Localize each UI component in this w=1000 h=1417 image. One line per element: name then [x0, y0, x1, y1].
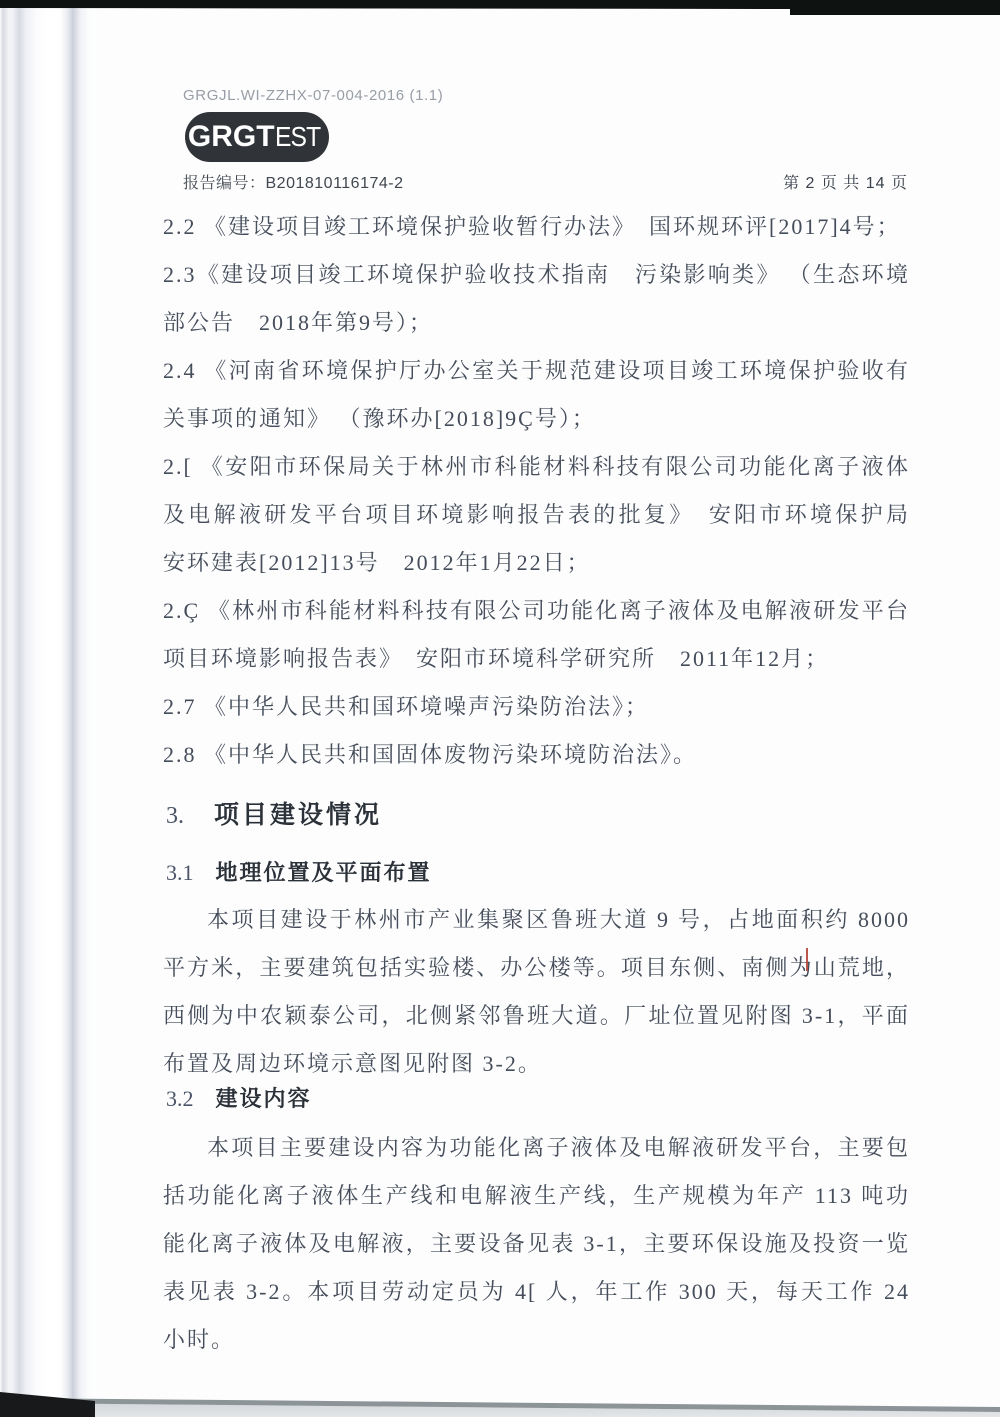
reference-item: 2.Ç 《林州市科能材料科技有限公司功能化离子液体及电解液研发平台项目环境影响报… — [163, 587, 910, 683]
page-indicator: 第 2 页 共 14 页 — [783, 170, 908, 193]
reference-item: 2.4 《河南省环境保护厅办公室关于规范建设项目竣工环境保护验收有关事项的通知》… — [163, 347, 910, 443]
subsection-heading: 3.2 建设内容 — [166, 1082, 910, 1113]
subsection-title: 地理位置及平面布置 — [216, 856, 432, 887]
paragraph-construction-content: 本项目主要建设内容为功能化离子液体及电解液研发平台，主要包括功能化离子液体生产线… — [163, 1124, 910, 1364]
scanned-document-page: GRGJL.WI-ZZHX-07-004-2016 (1.1) GRGTEST … — [0, 0, 1000, 1417]
paragraph-location-layout: 本项目建设于林州市产业集聚区鲁班大道 9 号，占地面积约 8000 平方米，主要… — [163, 896, 910, 1088]
reference-item: 2.2 《建设项目竣工环境保护验收暂行办法》 国环规环评[2017]4号； — [163, 203, 910, 251]
section-heading: 3. 项目建设情况 — [166, 795, 910, 831]
logo-text-bold: GRGT — [188, 120, 275, 154]
report-meta-row: 报告编号：B201810116174-2 第 2 页 共 14 页 — [183, 170, 908, 193]
logo-text-light: EST — [275, 121, 320, 153]
scan-bottom-edge — [0, 1388, 1000, 1417]
section-number: 3. — [166, 803, 184, 830]
report-number: 报告编号：B201810116174-2 — [183, 170, 404, 193]
red-pen-mark — [806, 948, 808, 971]
section-title: 项目建设情况 — [214, 795, 382, 831]
subsection-number: 3.1 — [166, 860, 194, 886]
subsection-number: 3.2 — [166, 1086, 194, 1112]
reference-list: 2.2 《建设项目竣工环境保护验收暂行办法》 国环规环评[2017]4号； 2.… — [163, 203, 910, 779]
document-code: GRGJL.WI-ZZHX-07-004-2016 (1.1) — [183, 87, 443, 104]
subsection-heading: 3.1 地理位置及平面布置 — [166, 856, 910, 887]
reference-item: 2.7 《中华人民共和国环境噪声污染防治法》； — [163, 683, 910, 731]
reference-item: 2.8 《中华人民共和国固体废物污染环境防治法》。 — [163, 731, 910, 779]
reference-item: 2.3《建设项目竣工环境保护验收技术指南 污染影响类》 （生态环境部公告 201… — [163, 251, 910, 347]
grgtest-logo: GRGTEST — [185, 112, 329, 162]
subsection-title: 建设内容 — [216, 1082, 312, 1113]
scan-left-gutter — [0, 0, 96, 1417]
reference-item: 2.[ 《安阳市环保局关于林州市科能材料科技有限公司功能化离子液体及电解液研发平… — [163, 443, 910, 587]
scan-top-edge — [0, 0, 1000, 16]
